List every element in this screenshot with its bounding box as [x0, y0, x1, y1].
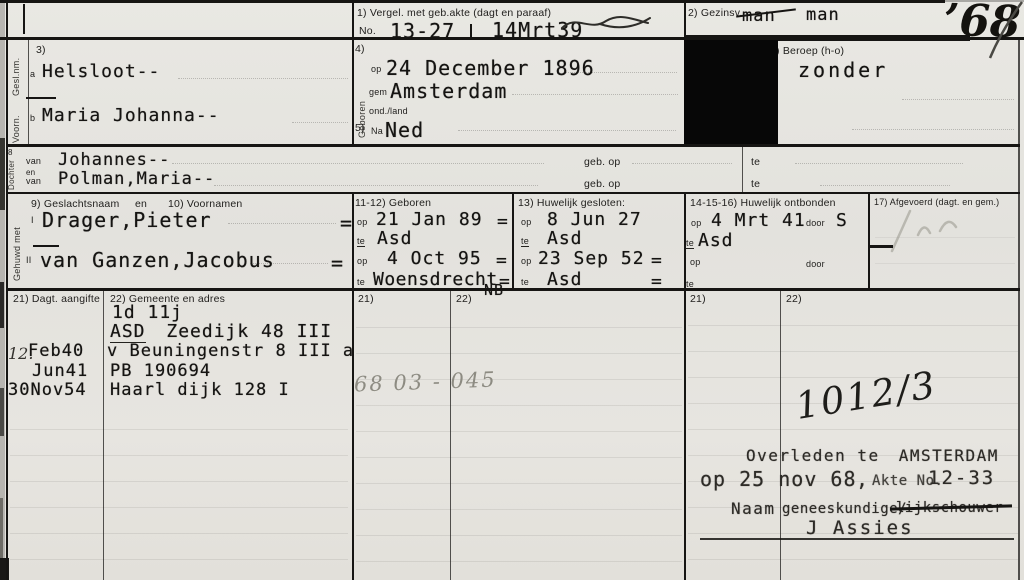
sp-born-eq1: =	[497, 211, 509, 232]
sp-born-eq2: =	[496, 250, 508, 271]
asd-mark: ASD	[110, 321, 146, 343]
divider-x684-top	[684, 0, 686, 40]
death-overleden-te: Overleden te	[746, 446, 880, 465]
redaction-box	[684, 40, 778, 144]
ruled-area-bottom-mid	[356, 302, 682, 576]
spouse2-name-value: van Ganzen,Jacobus	[40, 248, 275, 272]
sp-born-place1: Asd	[377, 228, 413, 249]
death-place-line: Overleden te AMSTERDAM	[746, 446, 999, 465]
dotted-rule	[172, 163, 544, 164]
divider-parents-te	[742, 147, 743, 192]
death-date-value: op 25 nov 68	[700, 467, 857, 491]
border-top	[0, 0, 945, 3]
side-label-voornaam: Voorn.	[11, 115, 21, 143]
birth-ond-land-label: ond./land	[369, 106, 408, 116]
dash-mark	[869, 245, 893, 248]
div-by-value: S	[836, 210, 848, 231]
border-right	[1018, 38, 1020, 580]
gezinsverhouding-value: man	[806, 5, 840, 25]
corner-fold-mark-icon	[970, 0, 1024, 62]
tick-top-left	[23, 4, 25, 34]
field4-number: 4)	[355, 43, 365, 55]
spouse2-roman: II	[26, 255, 31, 265]
div-op1-label: op	[691, 218, 701, 228]
side-label-gehuwd-met: Gehuwd met	[12, 227, 22, 281]
beroep-label: 7) Beroep (h-o)	[770, 45, 844, 57]
spouse1-name-value: Drager,Pieter	[42, 208, 212, 232]
reg-date3: 30Nov54	[8, 380, 87, 400]
dotted-rule	[178, 78, 348, 79]
registration-card: 1) Vergel. met geb.akte (dagt en paraaf)…	[0, 0, 1024, 580]
dotted-rule	[292, 122, 348, 123]
div-place1: Asd	[698, 230, 734, 251]
tick-box1	[470, 24, 472, 38]
divider-x684-bottom	[684, 194, 686, 580]
ruled-area-bottom-left	[10, 404, 348, 576]
field3-number: 3)	[36, 44, 46, 56]
reg-address3: Haarl dijk 128 I	[110, 380, 290, 400]
birth-gem-label: gem	[369, 87, 387, 97]
sp-born-op2-label: op	[357, 256, 367, 266]
div-te1-label: te	[686, 238, 694, 249]
birth-op-label: op	[371, 64, 381, 74]
side-label-dochter: Dochter	[7, 160, 16, 190]
reg-date2: Jun41	[32, 361, 88, 381]
marr-date1: 8 Jun 27	[547, 209, 642, 230]
div-op2-label: op	[690, 257, 700, 267]
mother-te-label: te	[751, 178, 760, 190]
death-doctor-name: J Assies	[806, 517, 914, 539]
marr-op2-label: op	[521, 256, 531, 266]
field21-header-mid: 21)	[358, 293, 374, 305]
marr-place2: Asd	[547, 269, 583, 290]
marr-op1-label: op	[521, 217, 531, 227]
marr-place1: Asd	[547, 228, 583, 249]
dotted-rule	[512, 94, 678, 95]
birth-place-value: Amsterdam	[390, 79, 507, 103]
field8-number: 8	[8, 148, 13, 157]
dotted-rule	[458, 130, 676, 131]
divider-name-ab	[26, 97, 56, 99]
sp-born-date1: 21 Jan 89	[376, 209, 483, 230]
given-names-value: Maria Johanna--	[42, 105, 220, 126]
divider-side-labels	[28, 40, 29, 144]
field11-12-header: 11-12) Geboren	[355, 197, 431, 209]
scan-edge-blot	[0, 138, 5, 210]
mother-geb-op-label: geb. op	[584, 178, 620, 190]
marr-te2-label: te	[521, 277, 529, 287]
field21-header-left: 21) Dagt. aangifte	[13, 293, 100, 305]
sp-born-te1-label: te	[357, 236, 365, 247]
field3b-letter: b	[30, 113, 35, 123]
border-left	[6, 0, 8, 580]
sp-born-date2: 4 Oct 95	[387, 248, 482, 269]
dotted-rule	[214, 185, 538, 186]
box2-label: 2) Gezinsv.	[688, 7, 743, 19]
div-door1-label: door	[806, 218, 825, 228]
dotted-rule	[795, 163, 963, 164]
field21-header-right: 21)	[690, 293, 706, 305]
divider-x868	[868, 194, 870, 290]
scan-edge-blot	[0, 282, 4, 328]
divider-spouse-rows	[33, 245, 59, 247]
sp-born-op1-label: op	[357, 217, 367, 227]
field3a-letter: a	[30, 69, 35, 79]
surname-value: Helsloot--	[42, 61, 160, 82]
birth-date-value: 24 December 1896	[386, 56, 595, 80]
address-note: 1d 11j	[112, 302, 183, 323]
marr-eq2: =	[651, 250, 663, 271]
field22-header-right: 22)	[786, 293, 802, 305]
father-van-label: van	[26, 156, 41, 166]
box1-no-value: 13-27	[390, 19, 455, 43]
side-label-geslachtsnaam: Gesl.nm.	[11, 58, 21, 96]
nationality-value: Ned	[385, 118, 424, 142]
dotted-rule	[632, 163, 732, 164]
box1-no-label: No.	[359, 25, 376, 37]
marr-eq3: =	[651, 271, 663, 292]
marr-te1-label: te	[521, 236, 529, 247]
marr-date2: 23 Sep 52	[538, 248, 645, 269]
beroep-value: zonder	[798, 58, 888, 82]
death-stamp-underline	[700, 538, 1014, 540]
death-geneeskundige-label: geneeskundige/	[782, 501, 907, 517]
father-geb-op-label: geb. op	[584, 156, 620, 168]
paraph-mark-icon	[560, 10, 652, 38]
field5-number: 5)	[355, 122, 365, 134]
death-naam-label: Naam	[731, 499, 776, 518]
dotted-rule	[852, 129, 1014, 130]
divider-x352-top	[352, 0, 354, 146]
reg-address2: PB 190694	[110, 361, 211, 381]
father-te-label: te	[751, 156, 760, 168]
dotted-rule	[902, 99, 1014, 100]
div-date1: 4 Mrt 41	[711, 210, 806, 231]
mother-van-label: van	[26, 176, 41, 186]
dotted-rule	[228, 223, 336, 224]
father-name-value: Johannes--	[58, 150, 170, 170]
mother-name-value: Polman,Maria--	[58, 169, 215, 189]
reg-address1: v Beuningenstr 8 III a	[107, 341, 354, 361]
death-akte-number: 12-33	[928, 467, 995, 489]
sp-born-place2: Woensdrecht	[373, 269, 498, 290]
asd-street: Zeedijk 48 III	[166, 321, 332, 342]
spouse2-equals: =	[331, 251, 344, 275]
nb-note: NB	[484, 281, 504, 299]
death-city: AMSTERDAM	[899, 446, 999, 465]
div-te2-label: te	[686, 279, 694, 289]
field22-header-mid: 22)	[456, 293, 472, 305]
spouse1-roman: I	[31, 215, 34, 225]
field13-header: 13) Huwelijk gesloten:	[518, 197, 625, 209]
death-comma: ,	[856, 467, 869, 491]
field14-16-header: 14-15-16) Huwelijk ontbonden	[690, 197, 836, 209]
dotted-rule	[820, 185, 950, 186]
pencil-scribble-icon	[884, 205, 974, 255]
reg-date1: Feb40	[28, 341, 84, 361]
nationality-label: Na	[371, 126, 383, 136]
spouse1-equals: =	[340, 211, 353, 235]
border-row2-bottom	[6, 144, 1020, 147]
address-line-asd: ASD Zeedijk 48 III	[110, 321, 332, 342]
div-door2-label: door	[806, 259, 825, 269]
sp-born-te2-label: te	[357, 277, 365, 287]
divider-x512	[512, 194, 514, 290]
scan-edge-blot	[0, 388, 4, 436]
pencil-code-handwritten: 68 03 - 045	[354, 368, 497, 397]
